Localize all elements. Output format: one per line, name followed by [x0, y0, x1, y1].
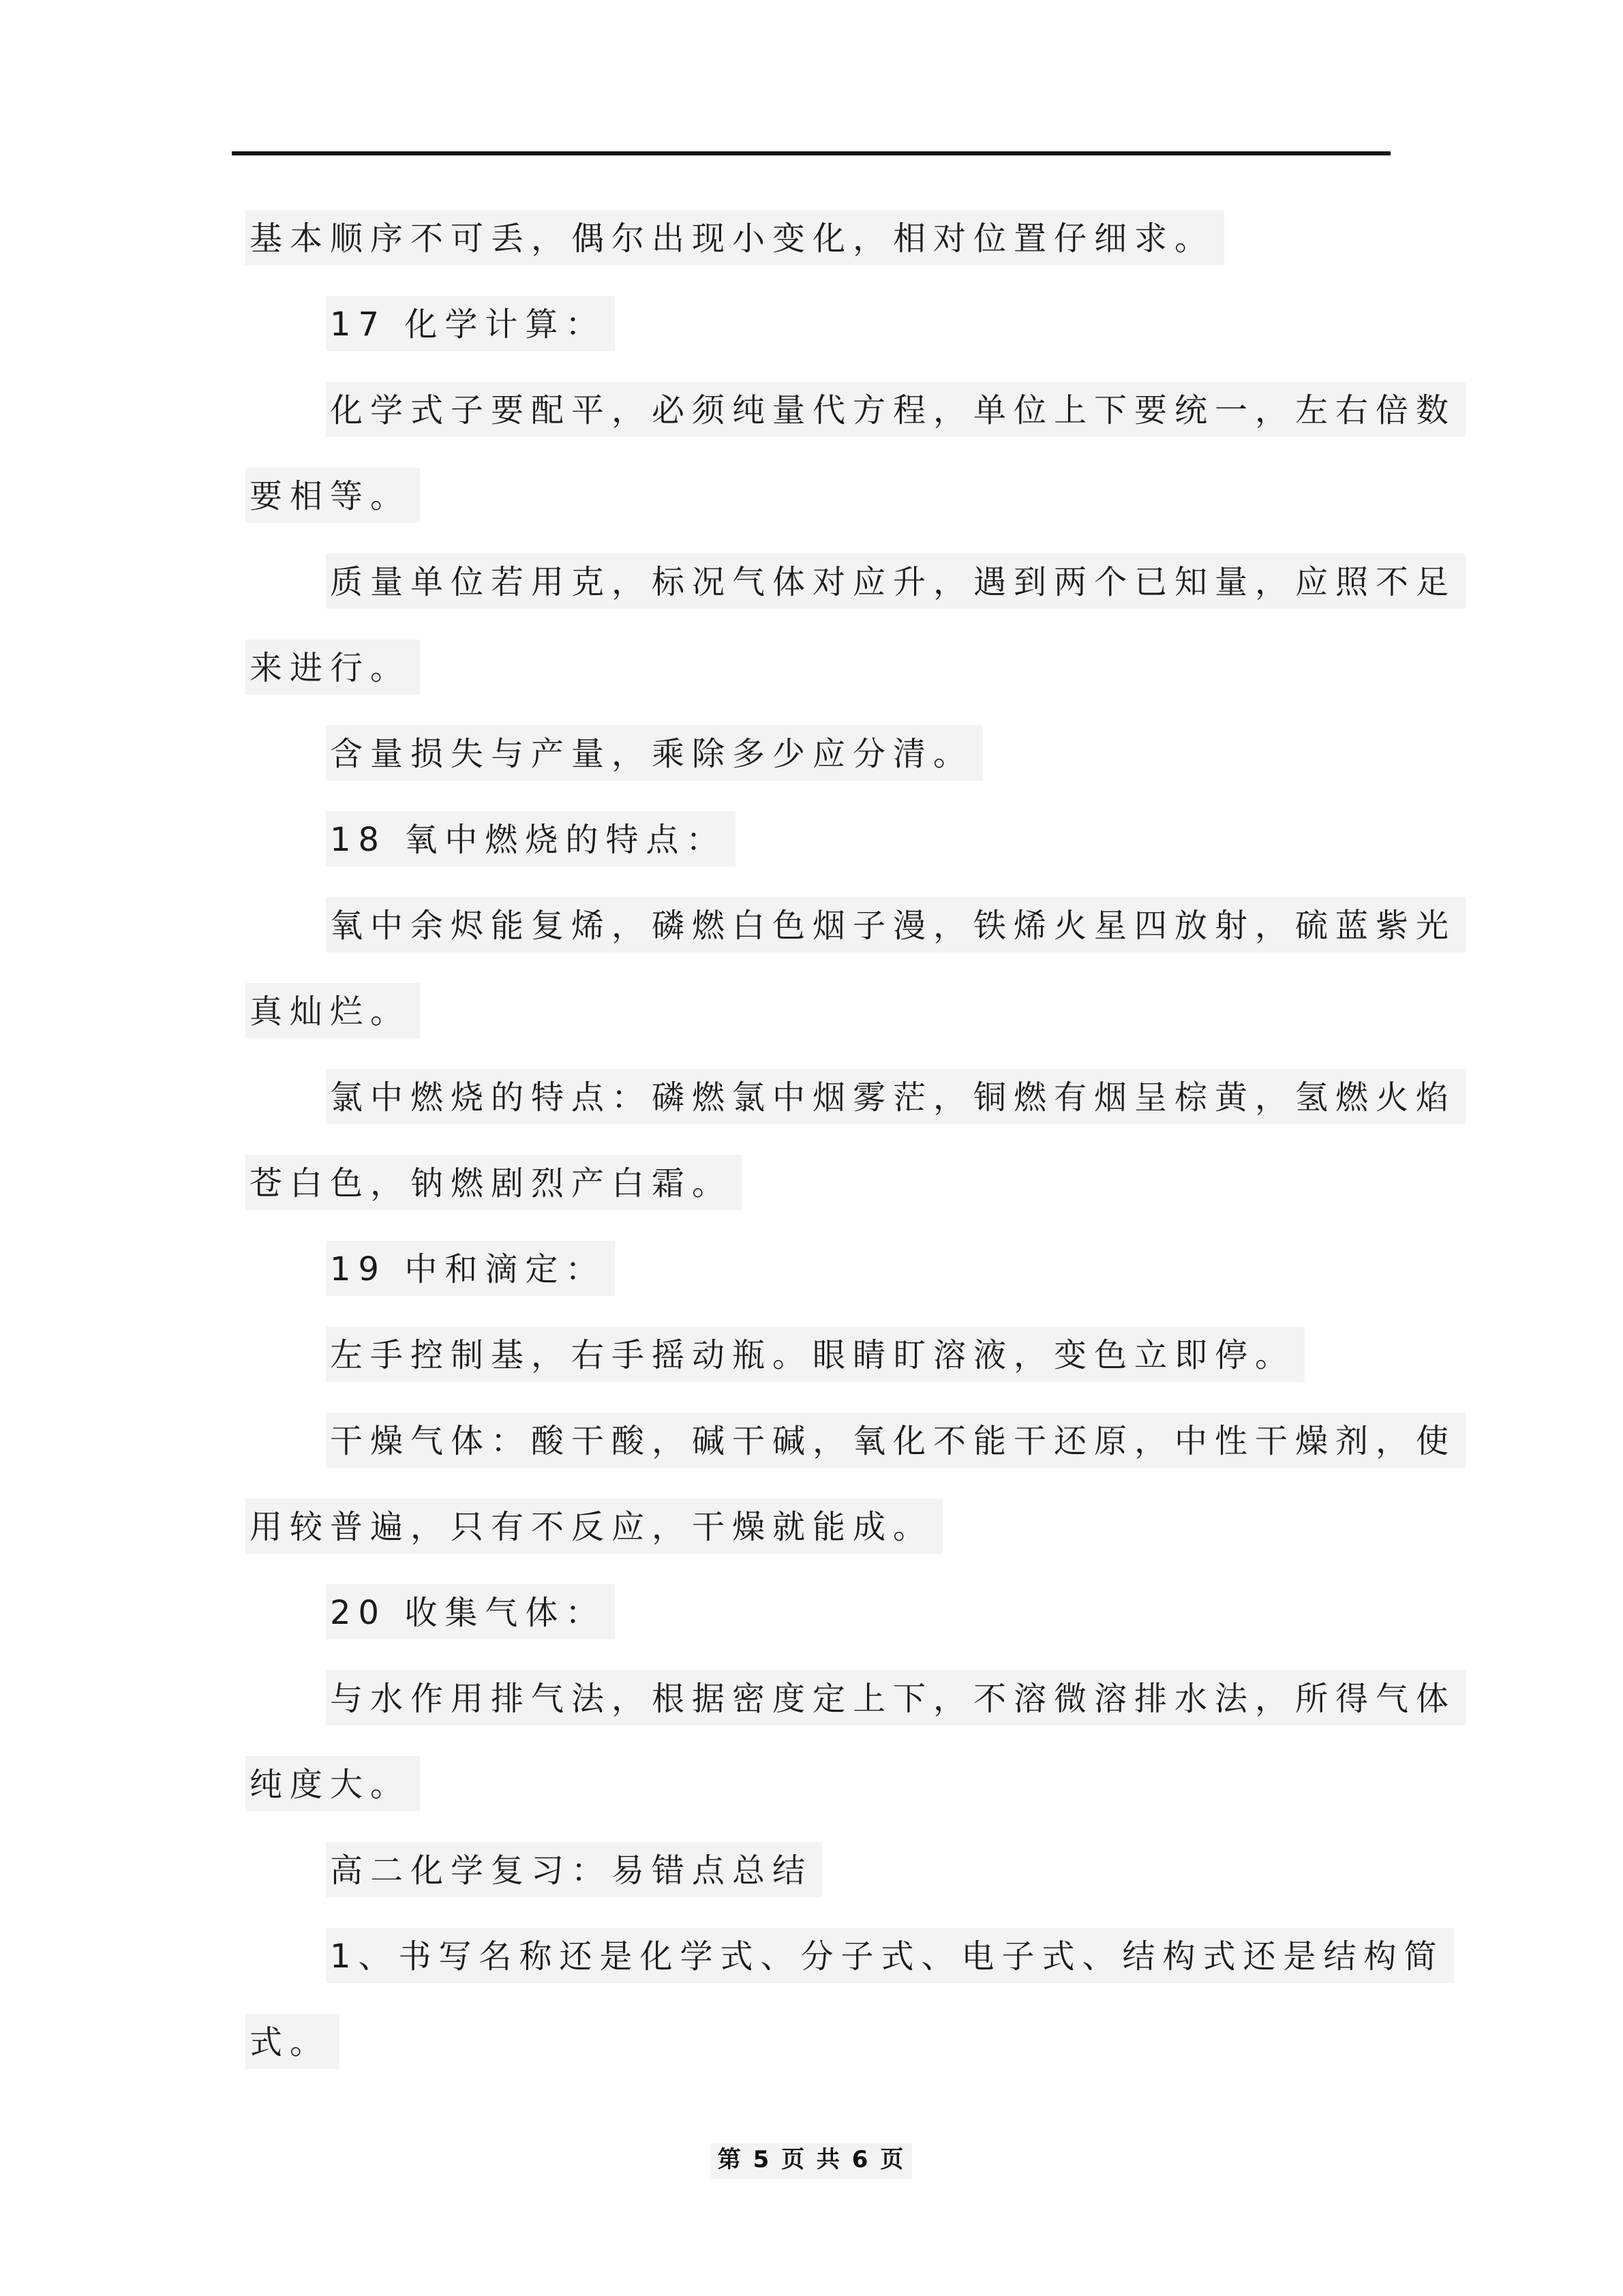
text-line-content: 与水作用排气法，根据密度定上下，不溶微溶排水法，所得气体 — [326, 1670, 1466, 1725]
text-line-content: 18 氧中燃烧的特点： — [326, 811, 735, 866]
text-line-content: 高二化学复习：易错点总结 — [326, 1842, 822, 1897]
text-line-content: 用较普遍，只有不反应，干燥就能成。 — [245, 1498, 943, 1554]
text-line-content: 式。 — [245, 2014, 339, 2069]
text-line-content: 1、书写名称还是化学式、分子式、电子式、结构式还是结构简 — [326, 1928, 1454, 1983]
text-line-content: 氧中余烬能复烯，磷燃白色烟子漫，铁烯火星四放射，硫蓝紫光 — [326, 897, 1466, 952]
text-line-content: 氯中燃烧的特点：磷燃氯中烟雾茫，铜燃有烟呈棕黄，氢燃火焰 — [326, 1069, 1466, 1124]
text-line: 苍白色，钠燃剧烈产白霜。 — [245, 1139, 1391, 1225]
text-line: 纯度大。 — [245, 1740, 1391, 1826]
header-rule — [232, 151, 1391, 155]
text-line-content: 含量损失与产量，乘除多少应分清。 — [326, 725, 983, 781]
text-line-content: 纯度大。 — [245, 1756, 420, 1811]
text-line: 式。 — [245, 1998, 1391, 2084]
text-line-content: 来进行。 — [245, 639, 420, 695]
text-line: 用较普遍，只有不反应，干燥就能成。 — [245, 1483, 1391, 1569]
document-page: 基本顺序不可丢，偶尔出现小变化，相对位置仔细求。17 化学计算：化学式子要配平，… — [0, 0, 1623, 2296]
text-line-content: 20 收集气体： — [326, 1584, 615, 1640]
text-line-content: 苍白色，钠燃剧烈产白霜。 — [245, 1155, 742, 1210]
text-line-content: 左手控制基，右手摇动瓶。眼睛盯溶液，变色立即停。 — [326, 1327, 1305, 1382]
text-line: 来进行。 — [245, 624, 1391, 710]
text-line: 干燥气体：酸干酸，碱干碱，氧化不能干还原，中性干燥剂，使 — [245, 1397, 1391, 1483]
text-line-content: 要相等。 — [245, 468, 420, 523]
text-line: 真灿烂。 — [245, 967, 1391, 1053]
text-line: 氧中余烬能复烯，磷燃白色烟子漫，铁烯火星四放射，硫蓝紫光 — [245, 881, 1391, 967]
text-line: 要相等。 — [245, 452, 1391, 538]
text-line: 18 氧中燃烧的特点： — [245, 796, 1391, 881]
text-line: 基本顺序不可丢，偶尔出现小变化，相对位置仔细求。 — [245, 194, 1391, 280]
text-line-content: 化学式子要配平，必须纯量代方程，单位上下要统一，左右倍数 — [326, 382, 1466, 437]
text-line-content: 干燥气体：酸干酸，碱干碱，氧化不能干还原，中性干燥剂，使 — [326, 1413, 1466, 1468]
text-line: 质量单位若用克，标况气体对应升，遇到两个已知量，应照不足 — [245, 538, 1391, 624]
text-line: 高二化学复习：易错点总结 — [245, 1826, 1391, 1912]
text-line-content: 真灿烂。 — [245, 983, 420, 1038]
text-line-content: 19 中和滴定： — [326, 1241, 615, 1296]
text-line-content: 基本顺序不可丢，偶尔出现小变化，相对位置仔细求。 — [245, 210, 1224, 265]
page-footer: 第 5 页 共 6 页 — [0, 2141, 1623, 2174]
text-line: 1、书写名称还是化学式、分子式、电子式、结构式还是结构简 — [245, 1912, 1391, 1998]
text-line: 左手控制基，右手摇动瓶。眼睛盯溶液，变色立即停。 — [245, 1311, 1391, 1397]
text-line: 20 收集气体： — [245, 1569, 1391, 1655]
text-line: 含量损失与产量，乘除多少应分清。 — [245, 710, 1391, 796]
text-line: 氯中燃烧的特点：磷燃氯中烟雾茫，铜燃有烟呈棕黄，氢燃火焰 — [245, 1053, 1391, 1139]
page-number-label: 第 5 页 共 6 页 — [711, 2143, 913, 2179]
document-body: 基本顺序不可丢，偶尔出现小变化，相对位置仔细求。17 化学计算：化学式子要配平，… — [245, 194, 1391, 2084]
text-line: 与水作用排气法，根据密度定上下，不溶微溶排水法，所得气体 — [245, 1655, 1391, 1740]
text-line: 19 中和滴定： — [245, 1225, 1391, 1311]
text-line: 17 化学计算： — [245, 280, 1391, 366]
text-line-content: 质量单位若用克，标况气体对应升，遇到两个已知量，应照不足 — [326, 554, 1466, 609]
text-line-content: 17 化学计算： — [326, 296, 615, 351]
text-line: 化学式子要配平，必须纯量代方程，单位上下要统一，左右倍数 — [245, 366, 1391, 452]
